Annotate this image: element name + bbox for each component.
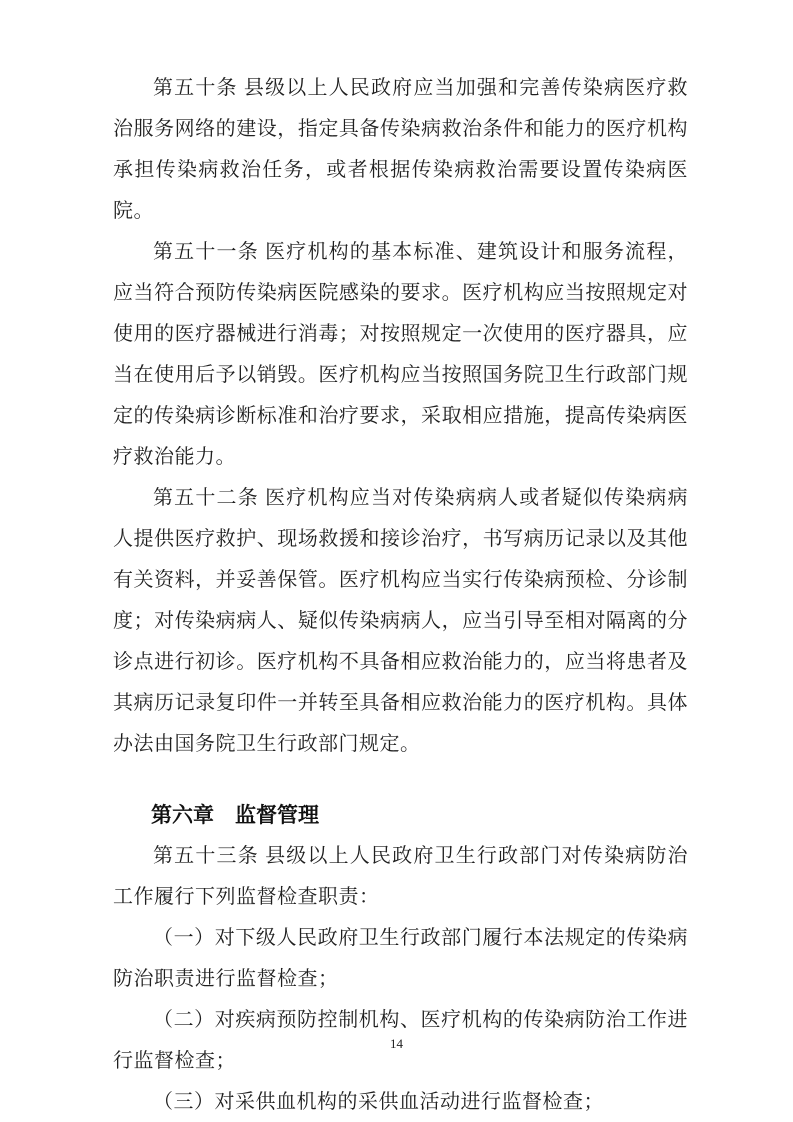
paragraph-article-52: 第五十二条 医疗机构应当对传染病病人或者疑似传染病病人提供医疗救护、现场救援和接…	[113, 478, 688, 765]
paragraph-article-53-intro: 第五十三条 县级以上人民政府卫生行政部门对传染病防治工作履行下列监督检查职责：	[113, 836, 688, 918]
paragraph-article-51: 第五十一条 医疗机构的基本标准、建筑设计和服务流程，应当符合预防传染病医院感染的…	[113, 232, 688, 478]
chapter-6-heading: 第六章 监督管理	[113, 795, 688, 836]
document-body: 第五十条 县级以上人民政府应当加强和完善传染病医疗救治服务网络的建设，指定具备传…	[113, 68, 688, 1122]
paragraph-article-50: 第五十条 县级以上人民政府应当加强和完善传染病医疗救治服务网络的建设，指定具备传…	[113, 68, 688, 232]
page-number: 14	[0, 1036, 793, 1052]
document-page: 第五十条 县级以上人民政府应当加强和完善传染病医疗救治服务网络的建设，指定具备传…	[0, 0, 793, 1122]
list-item-3: （三）对采供血机构的采供血活动进行监督检查；	[113, 1082, 688, 1122]
list-item-1: （一）对下级人民政府卫生行政部门履行本法规定的传染病防治职责进行监督检查；	[113, 918, 688, 1000]
